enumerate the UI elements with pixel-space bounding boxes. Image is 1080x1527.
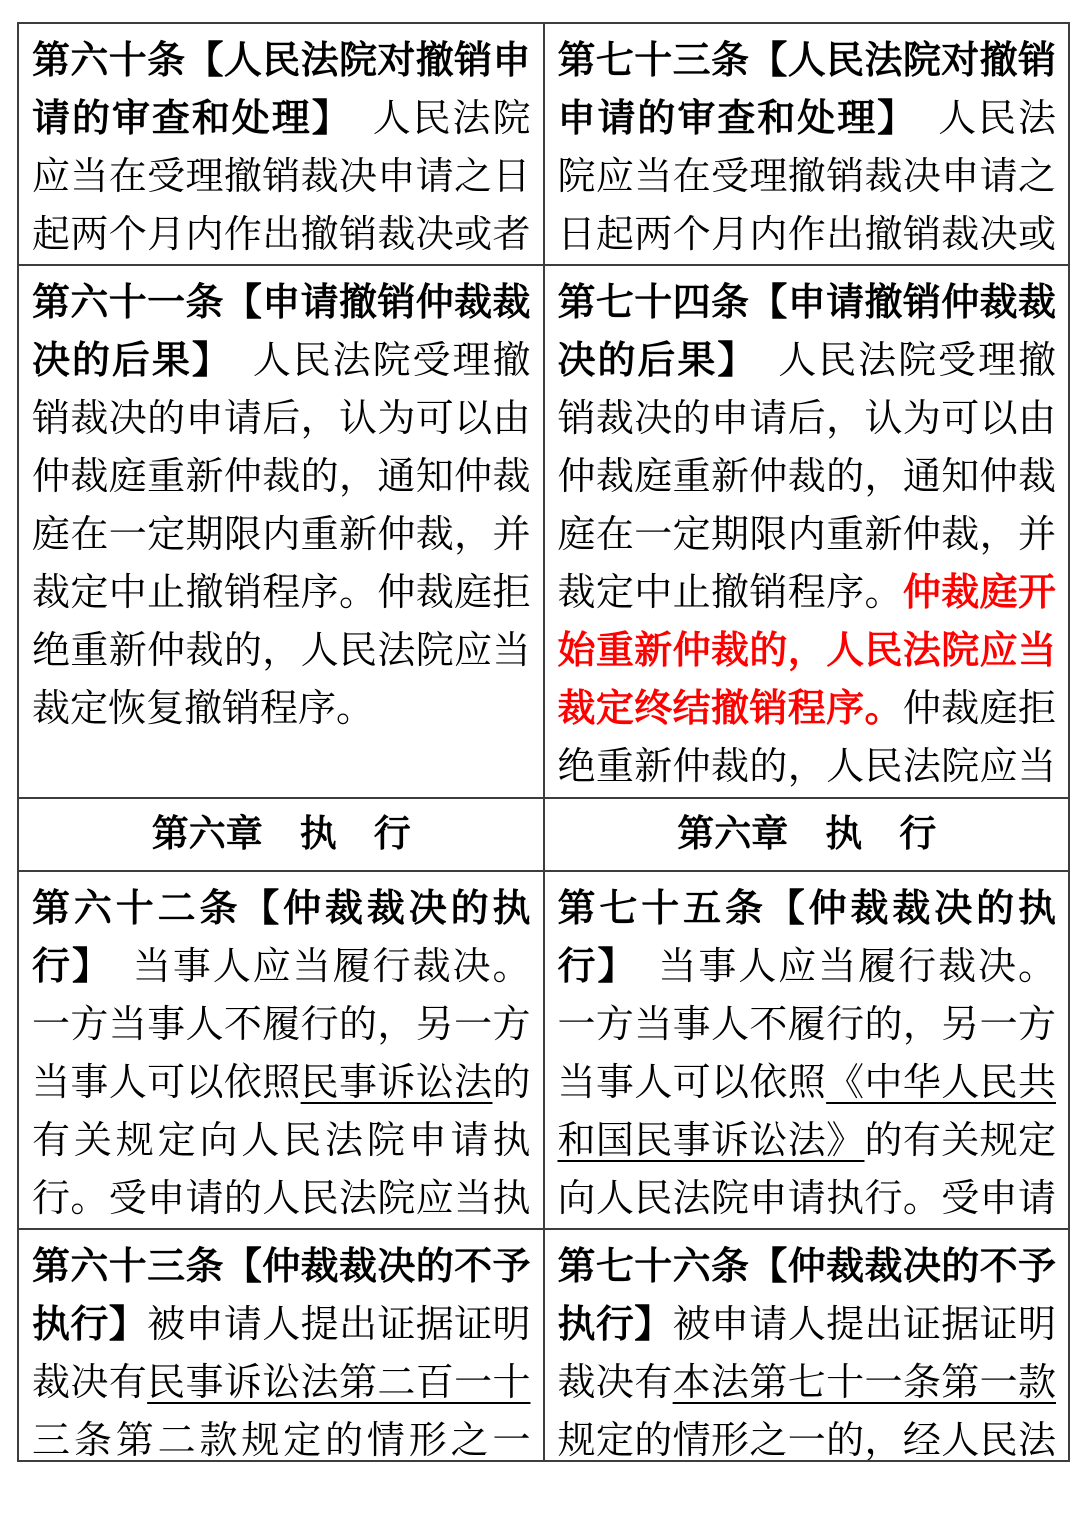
article-heading: 第六章 执 行 [152,814,411,855]
row-chapter-6-heading: 第六章 执 行 第六章 执 行 [19,797,1068,870]
row-article-62-75: 第六十二条【仲裁裁决的执行】 当事人应当履行裁决。一方当事人不履行的，另一方当事… [19,870,1068,1228]
cited-law-reference: 本法第七十一条第一款 [673,1362,1056,1404]
article-61-old-cell: 第六十一条【申请撤销仲裁裁决的后果】 人民法院受理撤销裁决的申请后，认为可以由仲… [19,266,543,797]
cited-law-reference: 民事诉讼法 [301,1062,493,1104]
row-article-60-73: 第六十条【人民法院对撤销申请的审查和处理】 人民法院应当在受理撤销裁决申请之日起… [19,24,1068,264]
article-body-text: 规定的情形之一的，经人民法院组成合议庭审查核 [558,1420,1057,1460]
article-76-new-cell: 第七十六条【仲裁裁决的不予执行】被申请人提出证据证明裁决有本法第七十一条第一款规… [543,1230,1069,1460]
row-article-63-76: 第六十三条【仲裁裁决的不予执行】被申请人提出证据证明裁决有民事诉讼法第二百一十三… [19,1228,1068,1460]
article-73-new-cell: 第七十三条【人民法院对撤销申请的审查和处理】 人民法院应当在受理撤销裁决申请之日… [543,24,1069,264]
article-62-old-cell: 第六十二条【仲裁裁决的执行】 当事人应当履行裁决。一方当事人不履行的，另一方当事… [19,872,543,1228]
article-body-text: 人民法院受理撤销裁决的申请后，认为可以由仲裁庭重新仲裁的，通知仲裁庭在一定期限内… [32,340,531,730]
article-74-new-cell: 第七十四条【申请撤销仲裁裁决的后果】 人民法院受理撤销裁决的申请后，认为可以由仲… [543,266,1069,797]
article-63-old-cell: 第六十三条【仲裁裁决的不予执行】被申请人提出证据证明裁决有民事诉讼法第二百一十三… [19,1230,543,1460]
article-75-new-cell: 第七十五条【仲裁裁决的执行】 当事人应当履行裁决。一方当事人不履行的，另一方当事… [543,872,1069,1228]
article-60-old-cell: 第六十条【人民法院对撤销申请的审查和处理】 人民法院应当在受理撤销裁决申请之日起… [19,24,543,264]
article-heading: 第六章 执 行 [677,814,936,855]
law-comparison-table: 第六十条【人民法院对撤销申请的审查和处理】 人民法院应当在受理撤销裁决申请之日起… [17,22,1070,1462]
row-article-61-74: 第六十一条【申请撤销仲裁裁决的后果】 人民法院受理撤销裁决的申请后，认为可以由仲… [19,264,1068,797]
chapter-6-heading-new-cell: 第六章 执 行 [543,799,1069,870]
chapter-6-heading-old-cell: 第六章 执 行 [19,799,543,870]
